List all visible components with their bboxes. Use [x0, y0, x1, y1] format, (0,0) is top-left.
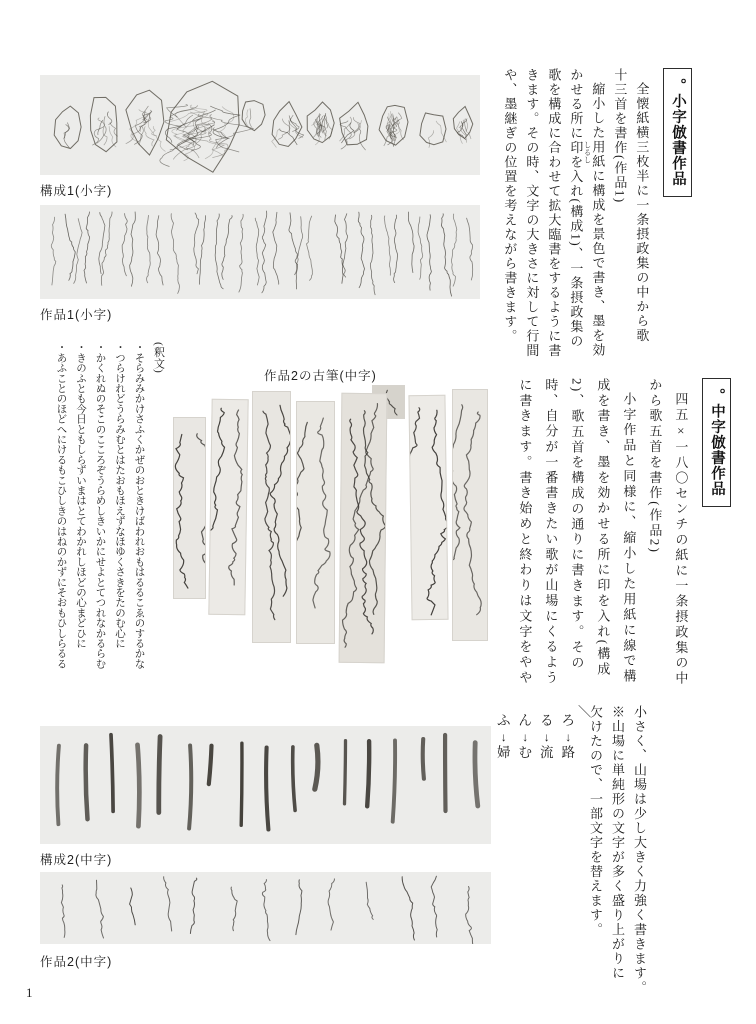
connector-mark: ＼: [578, 701, 591, 720]
substitution-to: 流: [540, 746, 554, 760]
shakubun-poem: ・あふことのほどへにけるもこひしきのはねのかずにそおもひしらるる: [55, 342, 66, 670]
text-column: 成を書き、墨を効かせる所に印を入れ(構成: [596, 378, 609, 710]
kohitsu-strip-image: [452, 389, 488, 641]
shakubun-heading: (釈文): [153, 342, 164, 670]
text-column: 2)、歌五首を構成の通りに書きます。その: [570, 378, 583, 710]
shakubun-block: (釈文) ・そらみみかけさふくかぜのおときけばわれおもはるるこゑのするかな ・つ…: [46, 342, 164, 670]
text-column: 縮小した用紙に構成を景色で書き、墨を効: [591, 68, 604, 386]
substitution-to: 婦: [497, 746, 511, 760]
character-substitution-list: ＼ ろ ↓ 路 る ↓ 流 ん ↓ む ふ ↓ 婦: [497, 714, 575, 759]
caption-kousei2: 構成2(中字): [40, 850, 112, 868]
page-number: 1: [26, 985, 33, 1001]
furigana-shirushi: しるし: [582, 141, 593, 164]
text-column: 十三首を書作(作品1): [613, 68, 626, 386]
down-arrow-icon: ↓: [522, 731, 528, 743]
sakuhin2-calligraphy-image: [40, 872, 491, 944]
kohitsu-strip-image: [252, 391, 291, 643]
kousei1-stone-sketch-image: [40, 75, 480, 175]
text-column: 小字作品と同様に、縮小した用紙に線で構: [622, 378, 635, 710]
kohitsu-strip-image: [208, 399, 248, 616]
section-small-heading: 。小字倣書作品: [663, 68, 692, 386]
text-column: 小さく、山場は少し大きく力強く書きます。: [633, 705, 646, 1017]
substitution-from: る: [540, 714, 554, 728]
substitution-item: ろ ↓ 路: [562, 714, 576, 759]
text-column: や、墨継ぎの位置を考えながら書きます。: [503, 68, 516, 386]
section-medium-script: 。中字倣書作品 四五×一八〇センチの紙に一条摂政集の中 から歌五首を書作(作品2…: [505, 378, 731, 710]
text-column: に書きます。書き始めと終わりは文字をやや: [518, 378, 531, 710]
text-column: 全懐紙横三枚半に一条摂政集の中から歌: [635, 68, 648, 386]
down-arrow-icon: ↓: [565, 731, 571, 743]
caption-kousei1: 構成1(小字): [40, 181, 112, 199]
section-medium-heading-box: 。中字倣書作品: [702, 378, 731, 507]
substitution-item: ふ ↓ 婦: [497, 714, 511, 759]
down-arrow-icon: ↓: [501, 731, 507, 743]
text-column: きます。その時、文字の大きさに対して行間: [525, 68, 538, 386]
substitution-from: ろ: [562, 714, 576, 728]
substitution-item: る ↓ 流: [540, 714, 554, 759]
text-column: かせる所に印を入れ(構成1)、一条摂政集の: [569, 68, 582, 386]
text-column: から歌五首を書作(作品2): [648, 378, 661, 710]
text-column: 四五×一八〇センチの紙に一条摂政集の中: [674, 378, 687, 710]
substitution-item: ん ↓ む: [519, 714, 533, 759]
text-column: 時、自分が一番書きたい歌が山場にくるよう: [544, 378, 557, 710]
section-medium-heading: 。中字倣書作品: [702, 378, 731, 710]
kohitsu-strip-image: [173, 417, 206, 599]
shakubun-poem: ・かくれぬのそこのこころぞうらめしきいかにせよとてつれなかるらむ: [94, 342, 105, 670]
substitution-from: ん: [519, 714, 533, 728]
section-small-script: 。小字倣書作品 全懐紙横三枚半に一条摂政集の中から歌 十三首を書作(作品1) 縮…: [494, 68, 692, 386]
substitution-from: ふ: [497, 714, 511, 728]
kohitsu-strip-image: [408, 395, 448, 620]
substitution-to: 路: [562, 746, 576, 760]
substitution-to: む: [519, 746, 533, 760]
caption-sakuhin2: 作品2(中字): [40, 952, 112, 970]
section-small-heading-box: 。小字倣書作品: [663, 68, 692, 197]
document-page: 構成1(小字) 作品1(小字) 。小字倣書作品 全懐紙横三枚半に一条摂政集の中か…: [0, 0, 756, 1024]
text-column: 欠けたので、一部文字を替えます。: [589, 705, 602, 1017]
text-column: ※山場に単純形の文字が多く盛り上がりに: [611, 705, 624, 1017]
kousei2-stroke-image: [40, 726, 491, 844]
caption-kohitsu: 作品2の古筆(中字): [264, 366, 377, 384]
kohitsu-strip-image: [339, 393, 388, 663]
text-column: 歌を構成に合わせて拡大臨書をするように書: [547, 68, 560, 386]
caption-sakuhin1: 作品1(小字): [40, 305, 112, 323]
down-arrow-icon: ↓: [544, 731, 550, 743]
shakubun-poem: ・そらみみかけさふくかぜのおときけばわれおもはるるこゑのするかな: [133, 342, 144, 670]
note-block: 小さく、山場は少し大きく力強く書きます。 ※山場に単純形の文字が多く盛り上がりに…: [580, 705, 646, 1017]
kohitsu-strip-image: [296, 401, 335, 644]
shakubun-poem: ・きのふとも今日ともしらずいまはとてわかれしほどの心まどひに: [75, 342, 86, 670]
shakubun-poem: ・つらけれどうらみむとはたおもほえずなほゆくさきをたのむ心に: [114, 342, 125, 670]
sakuhin1-calligraphy-image: [40, 205, 480, 299]
